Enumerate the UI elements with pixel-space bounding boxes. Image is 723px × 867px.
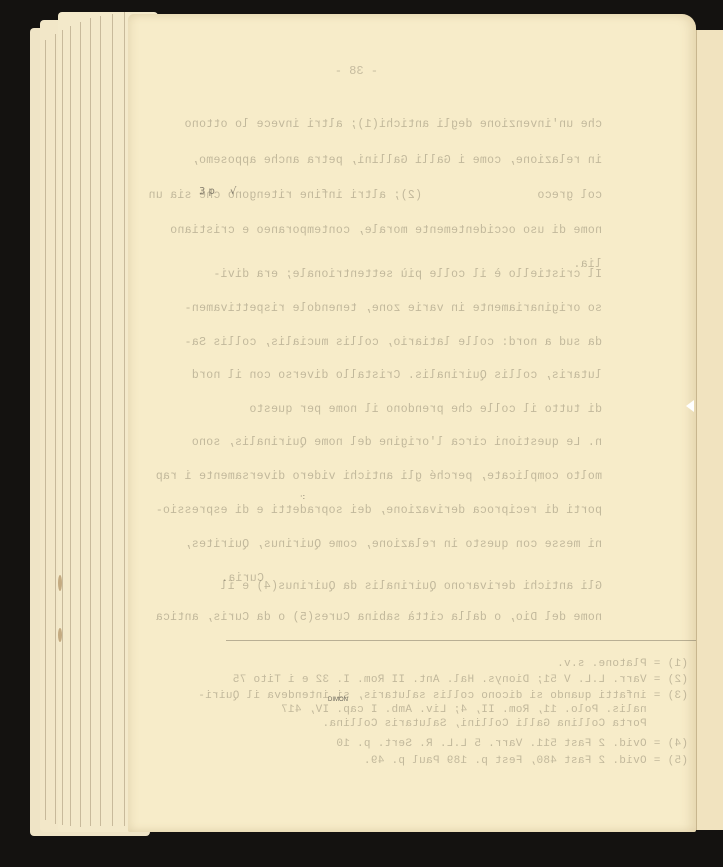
page-number: - 38 - [335, 64, 378, 78]
body-line: n. Le questioni circa l'origine del nome… [192, 436, 602, 449]
footnote: (3) = infatti quando si dicono collis sa… [198, 690, 688, 702]
body-line: nome di uso occidentemente morale, conte… [170, 224, 602, 237]
footnote-separator [226, 640, 696, 641]
body-line: so originariamente in varie zone, tenend… [184, 302, 602, 315]
bleed-through-text: - 38 - che un'invenzione degli antichi(1… [128, 14, 696, 832]
footnote: (4) = Ovid. 2 Fast 511. Varr. 5 L.L. R. … [336, 738, 688, 750]
body-line: Il cristiello è il colle più settentrion… [213, 268, 602, 281]
leaf-edge [70, 26, 71, 826]
body-line: in relazione, come i Galli Gallini, petr… [192, 154, 602, 167]
body-line: che un'invenzione degli antichi(1); altr… [184, 118, 602, 131]
leaf-edge [45, 40, 46, 820]
rust-stain [58, 628, 62, 642]
stamp-mark: DIMON [328, 697, 348, 703]
body-line: col greco (2); altri infine ritengono ch… [148, 189, 602, 202]
footnote: (2) = Varr. L.L. V 51; Dionys. Hal. Ant.… [233, 674, 688, 686]
rust-stain [58, 575, 62, 591]
check-mark: √ [230, 186, 236, 197]
leaf-edge [100, 16, 101, 826]
body-line: nome del Dio, o dalla città sabina Cures… [156, 611, 602, 624]
footnote: (1) = Platone. s.v. [557, 658, 688, 670]
leaf-edge [80, 22, 81, 827]
handwritten-annotation: 3 p [199, 186, 215, 197]
footnote: nalis. Polo. 11, Rom. II, 4; Liv. Amb. I… [281, 704, 688, 716]
body-line: porti di reciproca derivazione, dei sopr… [156, 504, 602, 517]
body-line: Gli antichi derivarono Quirinalis da Qui… [220, 580, 602, 593]
leaf-edge [90, 18, 91, 826]
leaf-edge [112, 14, 113, 826]
ink-speck: ·: [300, 492, 305, 501]
leaf-edge [124, 12, 125, 826]
body-line: di tutto il colle che prendono il nome p… [249, 403, 602, 416]
leaf-edge [55, 34, 56, 824]
body-line: lutaris, collis Quirinalis. Cristallo di… [192, 369, 602, 382]
leaf-edge [62, 30, 63, 825]
body-line: da sud a nord: colle latiario, collis mu… [184, 336, 602, 349]
footnote: (5) = Ovid. 2 Fast 480, Fest p. 189 Paul… [364, 755, 688, 767]
body-line: ni messe con questo in relazione, come Q… [184, 538, 602, 551]
document-page: - 38 - che un'invenzione degli antichi(1… [128, 14, 696, 832]
body-line: molto complicate, perché gli antichi vid… [156, 470, 602, 483]
facing-page-edge [696, 30, 723, 830]
footnote: Porta Collina Galli Collini, Salutaris C… [322, 718, 688, 730]
